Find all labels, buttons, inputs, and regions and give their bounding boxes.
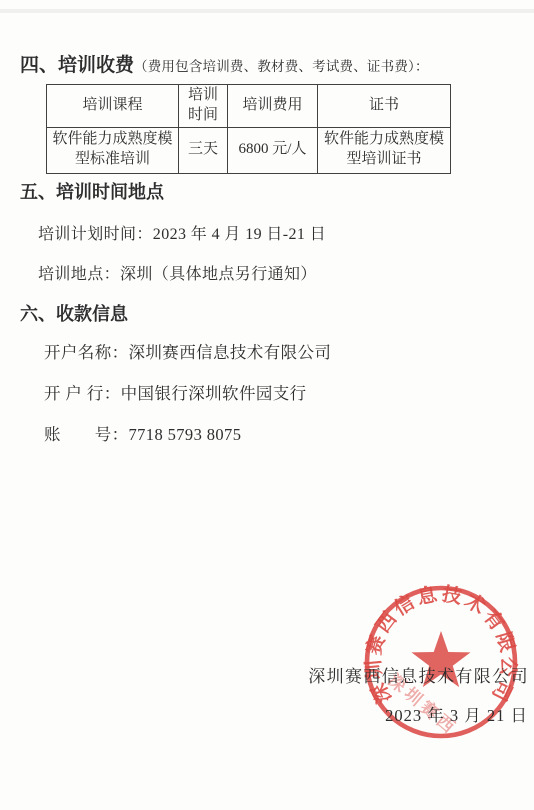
heading-number: 六、	[20, 304, 56, 324]
fee-note: （费用包含培训费、教材费、考试费、证书费）：	[134, 59, 429, 74]
signature-company: 深圳赛西信息技术有限公司	[308, 662, 529, 687]
section-heading-time-place: 五、培训时间地点	[20, 180, 164, 204]
account-number-label: 账 号：	[44, 425, 129, 444]
fee-table: 培训课程 培训时间 培训费用 证书 软件能力成熟度模型标准培训 三天 6800 …	[46, 84, 451, 174]
fee-table-header-certificate: 证书	[318, 85, 451, 128]
heading-number: 五、	[20, 182, 56, 202]
account-name-value: 深圳赛西信息技术有限公司	[129, 343, 332, 362]
training-place-line: 培训地点：深圳（具体地点另行通知）	[38, 261, 317, 284]
section-heading-training-fee: 四、培训收费（费用包含培训费、教材费、考试费、证书费）：	[20, 53, 429, 80]
account-number-line: 账 号：7718 5793 8075	[44, 421, 241, 445]
fee-table-row: 软件能力成熟度模型标准培训 三天 6800 元/人 软件能力成熟度模型培训证书	[47, 127, 451, 173]
bank-label: 开 户 行：	[44, 384, 121, 403]
bank-value: 中国银行深圳软件园支行	[121, 384, 307, 403]
heading-text: 培训收费	[58, 55, 134, 76]
heading-text: 培训时间地点	[56, 182, 164, 202]
fee-table-header-cost: 培训费用	[228, 85, 318, 128]
heading-text: 收款信息	[56, 304, 128, 324]
scan-artifact-line	[0, 9, 534, 13]
fee-table-cell-cost: 6800 元/人	[228, 127, 318, 173]
bank-line: 开 户 行：中国银行深圳软件园支行	[44, 380, 307, 404]
fee-table-header-duration: 培训时间	[179, 85, 228, 128]
account-name-line: 开户名称：深圳赛西信息技术有限公司	[44, 339, 331, 363]
fee-table-cell-course: 软件能力成熟度模型标准培训	[47, 127, 179, 173]
account-number-value: 7718 5793 8075	[129, 425, 242, 444]
section-heading-payment-info: 六、收款信息	[20, 302, 128, 326]
fee-table-header-course: 培训课程	[47, 85, 179, 128]
document-page: 四、培训收费（费用包含培训费、教材费、考试费、证书费）： 培训课程 培训时间 培…	[0, 0, 534, 810]
fee-table-header-row: 培训课程 培训时间 培训费用 证书	[47, 85, 451, 128]
fee-table-cell-certificate: 软件能力成熟度模型培训证书	[318, 127, 451, 173]
account-name-label: 开户名称：	[44, 343, 129, 362]
fee-table-cell-duration: 三天	[179, 127, 228, 173]
signature-date: 2023 年 3 月 21 日	[385, 702, 528, 726]
training-plan-time-line: 培训计划时间：2023 年 4 月 19 日-21 日	[38, 221, 326, 244]
heading-number: 四、	[20, 55, 58, 76]
